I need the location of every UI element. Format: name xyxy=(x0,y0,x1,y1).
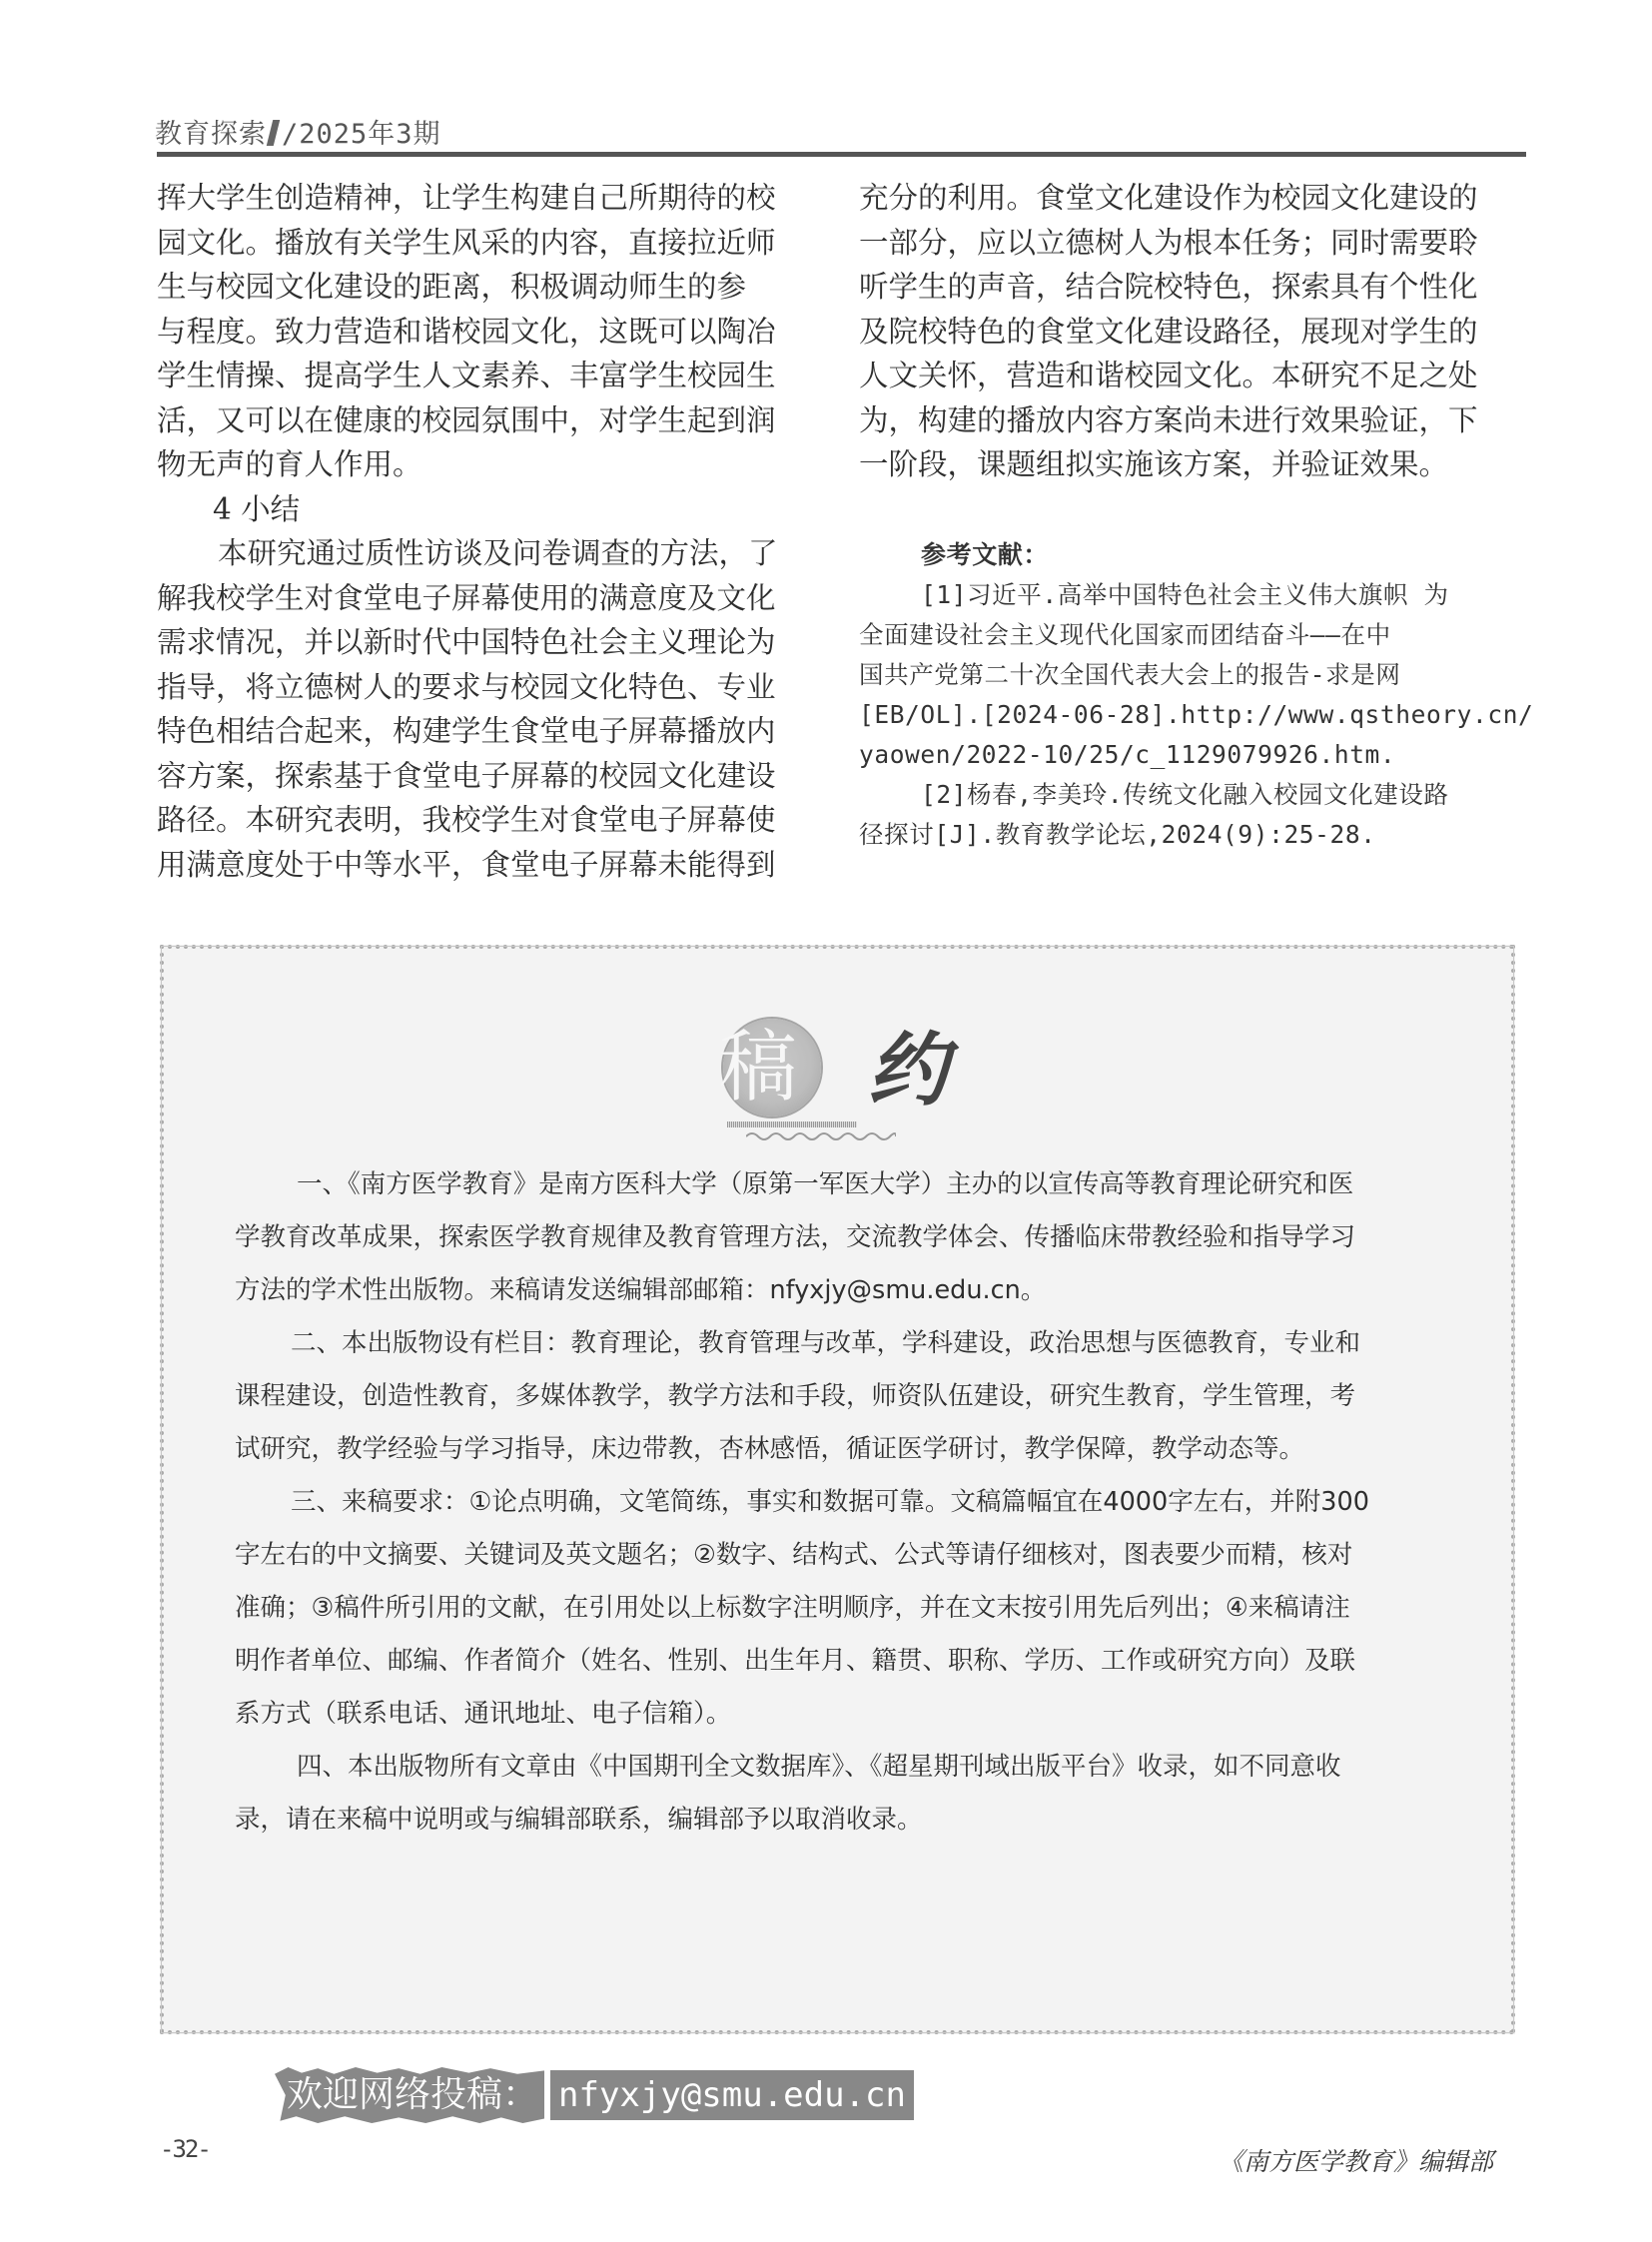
notice-body: 一、《南方医学教育》是南方医科大学（原第一军医大学）主办的以宣传高等教育理论研究… xyxy=(235,1158,1473,1847)
right-column: 充分的利用。食堂文化建设作为校园文化建设的 一部分，应以立德树人为根本任务；同时… xyxy=(859,176,1518,487)
title-char-yue: 约 xyxy=(868,1027,948,1113)
body-line: 为，构建的播放内容方案尚未进行效果验证，下 xyxy=(859,398,1518,443)
reference-url-line[interactable]: yaowen/2022-10/25/c_1129079926.htm. xyxy=(859,735,1518,775)
wave-underline-icon xyxy=(746,1130,896,1142)
notice-line: 准确；③稿件所引用的文献，在引用处以上标数字注明顺序，并在文末按引用先后列出；④… xyxy=(235,1582,1473,1635)
notice-line-with-email[interactable]: 方法的学术性出版物。来稿请发送编辑部邮箱：nfyxjy@smu.edu.cn。 xyxy=(235,1264,1473,1317)
notice-line: 试研究，教学经验与学习指导，床边带教，杏林感悟，循证医学研讨，教学保障，教学动态… xyxy=(235,1423,1473,1476)
online-submission-banner: 欢迎网络投稿：nfyxjy@smu.edu.cn xyxy=(275,2067,914,2123)
reference-line: 国共产党第二十次全国代表大会上的报告-求是网 xyxy=(859,655,1518,695)
body-line: 一部分，应以立德树人为根本任务；同时需要聆 xyxy=(859,221,1518,266)
body-line: 物无声的育人作用。 xyxy=(157,442,804,487)
notice-line: 学教育改革成果，探索医学教育规律及教育管理方法，交流教学体会、传播临床带教经验和… xyxy=(235,1211,1473,1264)
notice-paragraph-3: 三、来稿要求：①论点明确，文笔简练，事实和数据可靠。文稿篇幅宜在4000字左右，… xyxy=(235,1476,1473,1741)
body-line: 特色相结合起来，构建学生食堂电子屏幕播放内 xyxy=(157,709,804,754)
notice-title: 稿 约 xyxy=(164,949,1511,1148)
journal-section-title: 教育探索 xyxy=(155,119,267,150)
notice-line: 系方式（联系电话、通讯地址、电子信箱）。 xyxy=(235,1688,1473,1741)
reference-line: [1]习近平.高举中国特色社会主义伟大旗帜 为 xyxy=(859,575,1518,615)
references-section: 参考文献： [1]习近平.高举中国特色社会主义伟大旗帜 为 全面建设社会主义现代… xyxy=(859,535,1518,855)
reference-line: [2]杨春,李美玲.传统文化融入校园文化建设路 xyxy=(859,775,1518,815)
reference-item-2: [2]杨春,李美玲.传统文化融入校园文化建设路 径探讨[J].教育教学论坛,20… xyxy=(859,775,1518,855)
reference-url-line[interactable]: [EB/OL].[2024-06-28].http://www.qstheory… xyxy=(859,695,1518,735)
banner-label: 欢迎网络投稿： xyxy=(275,2067,544,2123)
notice-line: 课程建设，创造性教育，多媒体教学，教学方法和手段，师资队伍建设，研究生教育，学生… xyxy=(235,1370,1473,1423)
submission-email-link[interactable]: nfyxjy@smu.edu.cn xyxy=(550,2070,914,2120)
body-line: 及院校特色的食堂文化建设路径，展现对学生的 xyxy=(859,310,1518,355)
body-line: 听学生的声音，结合院校特色，探索具有个性化 xyxy=(859,265,1518,310)
body-line: 解我校学生对食堂电子屏幕使用的满意度及文化 xyxy=(157,576,804,621)
notice-line: 二、本出版物设有栏目：教育理论，教育管理与改革，学科建设，政治思想与医德教育，专… xyxy=(235,1317,1473,1370)
body-line: 人文关怀，营造和谐校园文化。本研究不足之处 xyxy=(859,354,1518,398)
header-rule xyxy=(157,152,1526,157)
body-line: 生与校园文化建设的距离，积极调动师生的参 xyxy=(157,265,804,310)
body-line: 用满意度处于中等水平，食堂电子屏幕未能得到 xyxy=(157,843,804,888)
notice-paragraph-1: 一、《南方医学教育》是南方医科大学（原第一军医大学）主办的以宣传高等教育理论研究… xyxy=(235,1158,1473,1317)
notice-line: 录，请在来稿中说明或与编辑部联系，编辑部予以取消收录。 xyxy=(235,1794,1473,1847)
notice-line: 明作者单位、邮编、作者简介（姓名、性别、出生年月、籍贯、职称、学历、工作或研究方… xyxy=(235,1635,1473,1688)
body-line: 路径。本研究表明，我校学生对食堂电子屏幕使 xyxy=(157,798,804,843)
references-heading: 参考文献： xyxy=(859,535,1518,575)
reference-item-1: [1]习近平.高举中国特色社会主义伟大旗帜 为 全面建设社会主义现代化国家而团结… xyxy=(859,575,1518,775)
reference-line: 径探讨[J].教育教学论坛,2024(9):25-28. xyxy=(859,815,1518,855)
editorial-signature: 《南方医学教育》编辑部 xyxy=(1219,2135,1493,2188)
body-line: 一阶段，课题组拟实施该方案，并验证效果。 xyxy=(859,442,1518,487)
body-line: 容方案，探索基于食堂电子屏幕的校园文化建设 xyxy=(157,754,804,799)
section-heading-summary: 4 小结 xyxy=(157,487,804,532)
reference-line: 全面建设社会主义现代化国家而团结奋斗——在中 xyxy=(859,615,1518,655)
body-line: 挥大学生创造精神，让学生构建自己所期待的校 xyxy=(157,176,804,221)
slash-mark-icon xyxy=(267,120,280,146)
page-number: -32- xyxy=(160,2135,210,2163)
body-line: 学生情操、提高学生人文素养、丰富学生校园生 xyxy=(157,354,804,398)
notice-line: 字左右的中文摘要、关键词及英文题名；②数字、结构式、公式等请仔细核对，图表要少而… xyxy=(235,1529,1473,1582)
body-line: 活，又可以在健康的校园氛围中，对学生起到润 xyxy=(157,398,804,443)
title-circle-badge: 稿 xyxy=(723,1019,821,1117)
notice-paragraph-4: 四、本出版物所有文章由《中国期刊全文数据库》、《超星期刊域出版平台》收录，如不同… xyxy=(235,1741,1473,1847)
running-header: 教育探索/2025年3期 xyxy=(155,112,441,151)
body-line: 与程度。致力营造和谐校园文化，这既可以陶冶 xyxy=(157,310,804,355)
left-column: 挥大学生创造精神，让学生构建自己所期待的校 园文化。播放有关学生风采的内容，直接… xyxy=(157,176,804,887)
notice-line: 三、来稿要求：①论点明确，文笔简练，事实和数据可靠。文稿篇幅宜在4000字左右，… xyxy=(235,1476,1473,1529)
body-line: 本研究通过质性访谈及问卷调查的方法，了 xyxy=(157,531,804,576)
body-line: 需求情况，并以新时代中国特色社会主义理论为 xyxy=(157,620,804,665)
body-line: 充分的利用。食堂文化建设作为校园文化建设的 xyxy=(859,176,1518,221)
title-char-gao: 稿 xyxy=(709,1019,807,1117)
issue-label: /2025年3期 xyxy=(282,119,441,150)
body-line: 园文化。播放有关学生风采的内容，直接拉近师 xyxy=(157,221,804,266)
body-line: 指导，将立德树人的要求与校园文化特色、专业 xyxy=(157,665,804,710)
notice-line: 四、本出版物所有文章由《中国期刊全文数据库》、《超星期刊域出版平台》收录，如不同… xyxy=(235,1741,1473,1794)
call-for-papers-box: 稿 约 一、《南方医学教育》是南方医科大学（原第一军医大学）主办的以宣传高等教育… xyxy=(160,945,1515,2034)
notice-paragraph-2: 二、本出版物设有栏目：教育理论，教育管理与改革，学科建设，政治思想与医德教育，专… xyxy=(235,1317,1473,1476)
notice-line: 一、《南方医学教育》是南方医科大学（原第一军医大学）主办的以宣传高等教育理论研究… xyxy=(235,1158,1473,1211)
title-hatch-underline xyxy=(727,1121,857,1127)
